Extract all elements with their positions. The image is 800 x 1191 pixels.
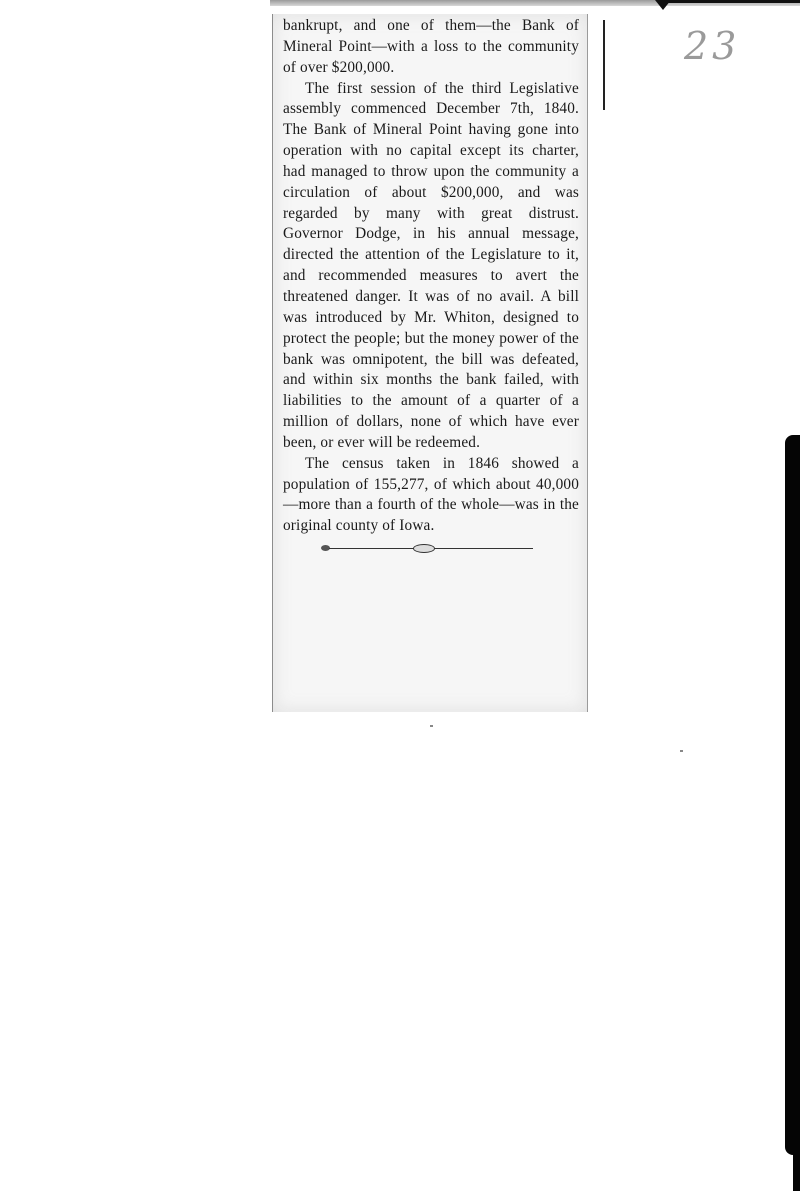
scan-speck [680, 750, 683, 752]
end-of-article-ornament [321, 543, 533, 553]
ornament-center-icon [413, 544, 435, 553]
newspaper-clipping: bankrupt, and one of them—the Bank of Mi… [272, 14, 588, 712]
article-paragraph: The census taken in 1846 showed a popula… [283, 454, 579, 537]
scan-edge-shadow-lower [793, 985, 800, 1191]
handwritten-page-number: 23 [684, 24, 740, 68]
scan-border [663, 0, 800, 3]
article-paragraph: The first session of the third Legislati… [283, 79, 579, 454]
scan-speck [430, 725, 433, 727]
article-body: bankrupt, and one of them—the Bank of Mi… [283, 16, 579, 553]
scan-margin-line [603, 20, 605, 110]
article-paragraph: bankrupt, and one of them—the Bank of Mi… [283, 16, 579, 79]
